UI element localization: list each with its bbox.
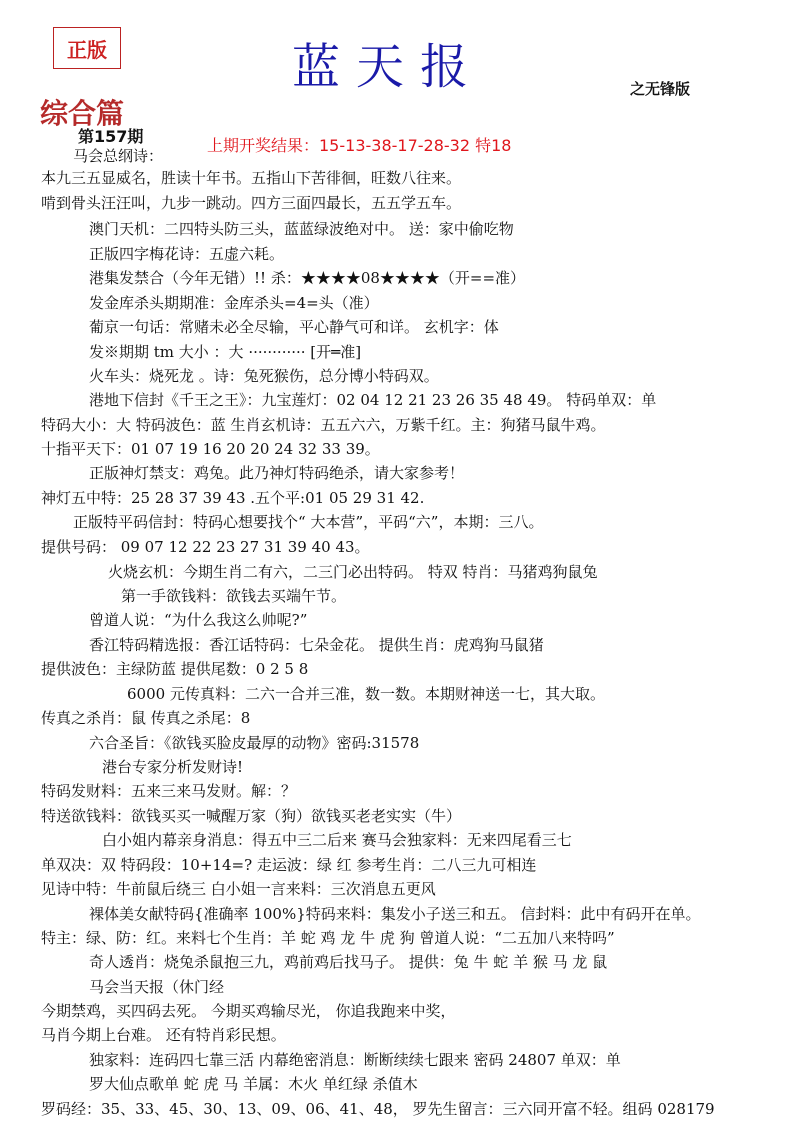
text-line: 港集发禁合（今年无错）!! 杀：★★★★08★★★★（开==准） — [89, 266, 525, 290]
text-line: 正版特平码信封：特码心想要找个“ 大本营”，平码“六”，本期：三八。 — [73, 510, 543, 534]
text-line: 独家料：连码四七靠三活 内幕绝密消息：断断续续七跟来 密码 24807 单双：单 — [89, 1048, 621, 1072]
text-line: 正版神灯禁支：鸡兔。此乃神灯特码绝杀，请大家参考！ — [89, 461, 464, 485]
text-line: 特码发财料：五来三来马发财。解：？ — [41, 779, 296, 803]
text-line: 罗码经：35、33、45、30、13、09、06、41、48， 罗先生留言：三六… — [41, 1097, 715, 1121]
issue-number: 第157期 — [78, 124, 143, 147]
text-line: 火车头：烧死龙 。诗：兔死猴伤，总分博小特码双。 — [89, 364, 439, 388]
text-line: 传真之杀肖：鼠 传真之杀尾：8 — [41, 706, 250, 730]
text-line: 罗大仙点歌单 蛇 虎 马 羊属：木火 单红绿 杀值木 — [89, 1072, 418, 1096]
text-line: 马会当天报（休门经 — [89, 975, 224, 999]
text-line: 奇人透肖：烧兔杀鼠抱三九，鸡前鸡后找马子。 提供：兔 牛 蛇 羊 猴 马 龙 鼠 — [89, 950, 607, 974]
text-line: 单双决：双 特码段：10+14=? 走运波：绿 红 参考生肖：二八三九可相连 — [41, 853, 536, 877]
text-line: 港台专家分析发财诗! — [102, 755, 243, 779]
text-line: 特主：绿、防：红。来料七个生肖：羊 蛇 鸡 龙 牛 虎 狗 曾道人说：“二五加八… — [41, 926, 615, 950]
text-line: 十指平天下：01 07 19 16 20 20 24 32 33 39。 — [41, 437, 380, 461]
poem-heading: 马会总纲诗： — [73, 145, 163, 166]
text-line: 6000 元传真料：二六一合并三准，数一数。本期财神送一七，其大取。 — [127, 682, 605, 706]
text-line: 本九三五显威名，胜读十年书。五指山下苦徘徊，旺数八往来。 — [41, 166, 461, 190]
authentic-edition-stamp: 正版 — [53, 27, 121, 69]
text-line: 香江特码精选报：香江话特码：七朵金花。 提供生肖：虎鸡狗马鼠猪 — [89, 633, 544, 657]
text-line: 曾道人说：“为什么我这么帅呢?” — [89, 608, 307, 632]
text-line: 第一手欲钱料：欲钱去买端午节。 — [121, 584, 346, 608]
text-line: 发金库杀头期期准：金库杀头=4=头（准） — [89, 291, 379, 315]
text-line: 啃到骨头汪汪叫，九步一跳动。四方三面四最长，五五学五车。 — [41, 191, 461, 215]
text-line: 港地下信封《千王之王》：九宝莲灯：02 04 12 21 23 26 35 48… — [89, 388, 656, 412]
text-line: 葡京一句话：常赌未必全尽输，平心静气可和详。 玄机字：体 — [89, 315, 499, 339]
text-line: 特送欲钱料：欲钱买买一喊醒万家（狗）欲钱买老老实实（牛） — [41, 804, 461, 828]
text-line: 见诗中特：牛前鼠后绕三 白小姐一言来料：三次消息五更风 — [41, 877, 436, 901]
text-line: 发※期期 tm 大小 ：大 ············ [开═准] — [89, 340, 361, 364]
text-line: 特码大小：大 特码波色：蓝 生肖玄机诗：五五六六，万紫千红。主：狗猪马鼠牛鸡。 — [41, 413, 606, 437]
text-line: 火烧玄机：今期生肖二有六，二三门必出特码。 特双 特肖：马猪鸡狗鼠兔 — [108, 560, 598, 584]
text-line: 白小姐内幕亲身消息：得五中三二后来 赛马会独家料：无来四尾看三七 — [102, 828, 572, 852]
text-line: 今期禁鸡，买四码去死。 今期买鸡输尽光， 你追我跑来中奖， — [41, 999, 456, 1023]
newspaper-title: 蓝天报 — [292, 28, 484, 97]
text-line: 提供波色：主绿防蓝 提供尾数：0 2 5 8 — [41, 657, 308, 681]
text-line: 澳门天机：二四特头防三头，蓝蓝绿波绝对中。 送：家中偷吃物 — [89, 217, 514, 241]
text-line: 提供号码： 09 07 12 22 23 27 31 39 40 43。 — [41, 535, 370, 559]
text-line: 裸体美女献特码{准确率 100%}特码来料：集发小子送三和五。 信封料：此中有码… — [89, 902, 701, 926]
text-line: 神灯五中特：25 28 37 39 43 .五个平:01 05 29 31 42… — [41, 486, 424, 510]
text-line: 六合圣旨：《欲钱买脸皮最厚的动物》密码:31578 — [89, 731, 419, 755]
last-draw-result: 上期开奖结果：15-13-38-17-28-32 特18 — [207, 133, 511, 156]
text-line: 马肖今期上台难。 还有特肖彩民想。 — [41, 1023, 286, 1047]
edition-label: 之无锋版 — [630, 78, 690, 99]
text-line: 正版四字梅花诗：五虚六耗。 — [89, 242, 284, 266]
